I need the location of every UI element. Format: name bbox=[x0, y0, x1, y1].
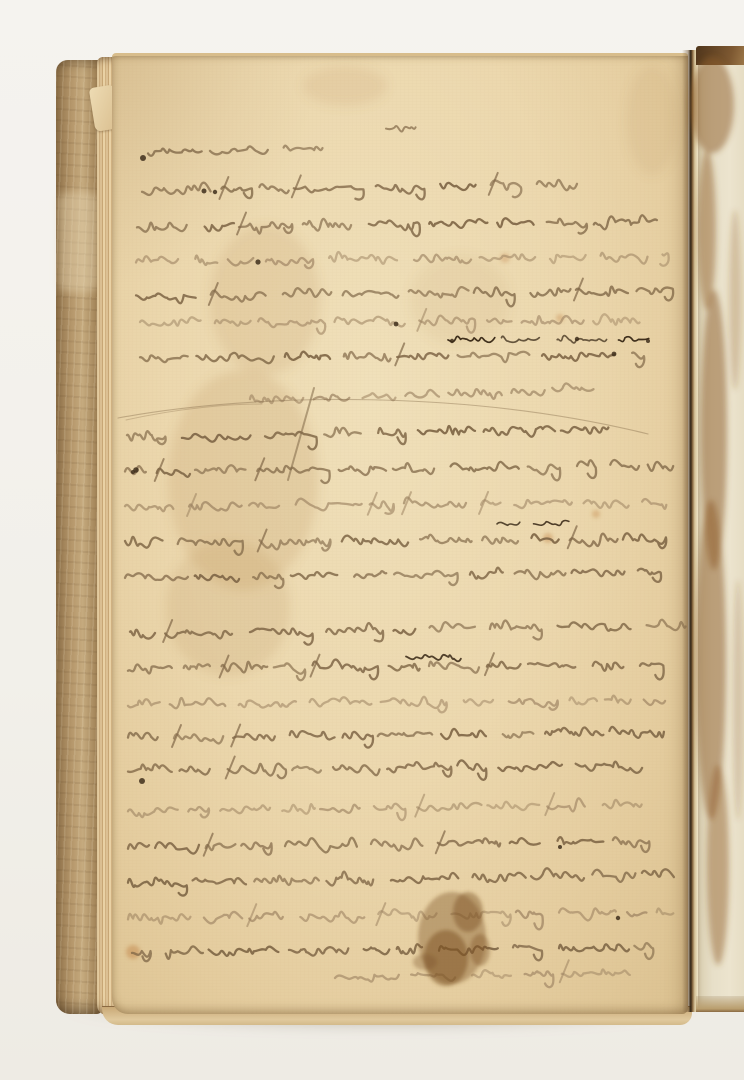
cover-bottom-edge bbox=[696, 996, 744, 1012]
facing-cover-leaf bbox=[696, 46, 744, 1012]
manuscript-page bbox=[112, 53, 688, 1014]
book-gutter bbox=[682, 50, 698, 1012]
manuscript-photograph bbox=[0, 0, 744, 1080]
cover-top-leather-band bbox=[696, 46, 744, 65]
spine-worn-patch bbox=[58, 192, 98, 292]
